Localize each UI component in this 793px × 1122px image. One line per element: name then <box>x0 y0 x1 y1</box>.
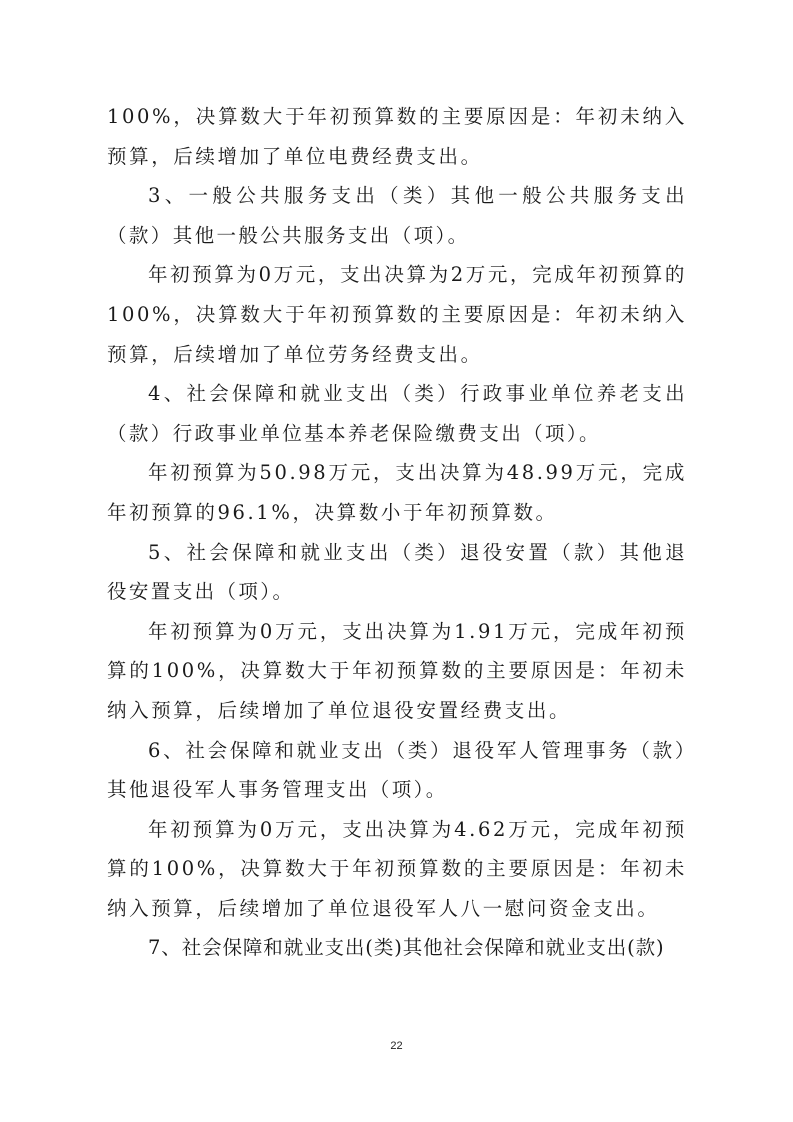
document-body: 100%，决算数大于年初预算数的主要原因是：年初未纳入预算，后续增加了单位电费经… <box>107 97 687 968</box>
section-heading-6: 6、社会保障和就业支出（类）退役军人管理事务（款）其他退役军人事务管理支出（项）… <box>107 731 687 810</box>
paragraph-continuation: 100%，决算数大于年初预算数的主要原因是：年初未纳入预算，后续增加了单位电费经… <box>107 97 687 176</box>
section-heading-7: 7、社会保障和就业支出(类)其他社会保障和就业支出(款) <box>107 928 687 968</box>
paragraph-body: 年初预算为50.98万元，支出决算为48.99万元，完成年初预算的96.1%，决… <box>107 453 687 532</box>
paragraph-body: 年初预算为0万元，支出决算为2万元，完成年初预算的100%，决算数大于年初预算数… <box>107 255 687 374</box>
section-heading-5: 5、社会保障和就业支出（类）退役安置（款）其他退役安置支出（项）。 <box>107 533 687 612</box>
paragraph-body: 年初预算为0万元，支出决算为4.62万元，完成年初预算的100%，决算数大于年初… <box>107 810 687 929</box>
paragraph-body: 年初预算为0万元，支出决算为1.91万元，完成年初预算的100%，决算数大于年初… <box>107 612 687 731</box>
section-heading-4: 4、社会保障和就业支出（类）行政事业单位养老支出（款）行政事业单位基本养老保险缴… <box>107 374 687 453</box>
document-page: 100%，决算数大于年初预算数的主要原因是：年初未纳入预算，后续增加了单位电费经… <box>0 0 793 1122</box>
section-heading-3: 3、一般公共服务支出（类）其他一般公共服务支出（款）其他一般公共服务支出（项）。 <box>107 176 687 255</box>
page-number: 22 <box>0 1040 793 1052</box>
